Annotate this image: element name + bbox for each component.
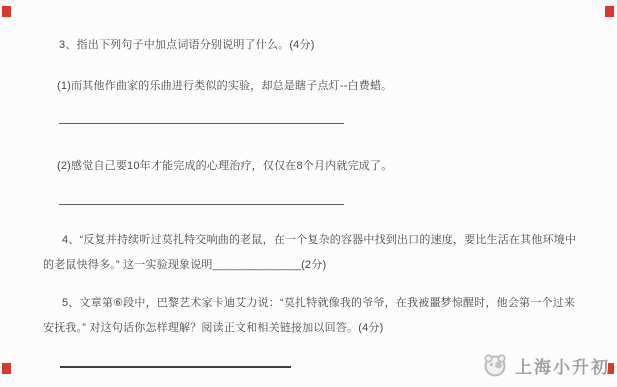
question-3-item-2-text: (2)感觉自己要10年才能完成的心理治疗，仅仅在8个月内就完成了。 xyxy=(57,157,392,173)
question-4-line-1: 4、“反复并持续听过莫扎特交响曲的老鼠，在一个复杂的容器中找到出口的速度，要比生… xyxy=(43,228,576,253)
question-5-line-1: 5、文章第⑥段中，巴黎艺术家卡迪艾力说：“莫扎特就像我的爷爷，在我被噩梦惊醒时，… xyxy=(43,291,575,316)
answer-line-1 xyxy=(59,123,344,124)
question-4-line-2: 的老鼠快得多。” 这一实验现象说明______________(2分) xyxy=(43,253,576,278)
question-3-text: 3、指出下列句子中加点词语分别说明了什么。(4分) xyxy=(59,36,315,52)
watermark: 上海小升初 xyxy=(482,352,610,378)
question-4-text: 4、“反复并持续听过莫扎特交响曲的老鼠，在一个复杂的容器中找到出口的速度，要比生… xyxy=(43,228,576,278)
answer-line-2 xyxy=(59,204,344,205)
answer-line-3 xyxy=(60,366,291,368)
question-5-text: 5、文章第⑥段中，巴黎艺术家卡迪艾力说：“莫扎特就像我的爷爷，在我被噩梦惊醒时，… xyxy=(43,291,575,341)
question-3-item-1-text: (1)而其他作曲家的乐曲进行类似的实验，却总是瞎子点灯--白费蜡。 xyxy=(57,77,392,93)
question-5-line-2: 安抚我。” 对这句话你怎样理解？阅读正文和相关链接加以回答。(4分) xyxy=(43,316,575,341)
watermark-logo-icon xyxy=(482,352,508,378)
exam-paper-scan: 3、指出下列句子中加点词语分别说明了什么。(4分) (1)而其他作曲家的乐曲进行… xyxy=(0,0,617,387)
watermark-text: 上海小升初 xyxy=(515,353,610,378)
document-content: 3、指出下列句子中加点词语分别说明了什么。(4分) (1)而其他作曲家的乐曲进行… xyxy=(0,0,617,387)
